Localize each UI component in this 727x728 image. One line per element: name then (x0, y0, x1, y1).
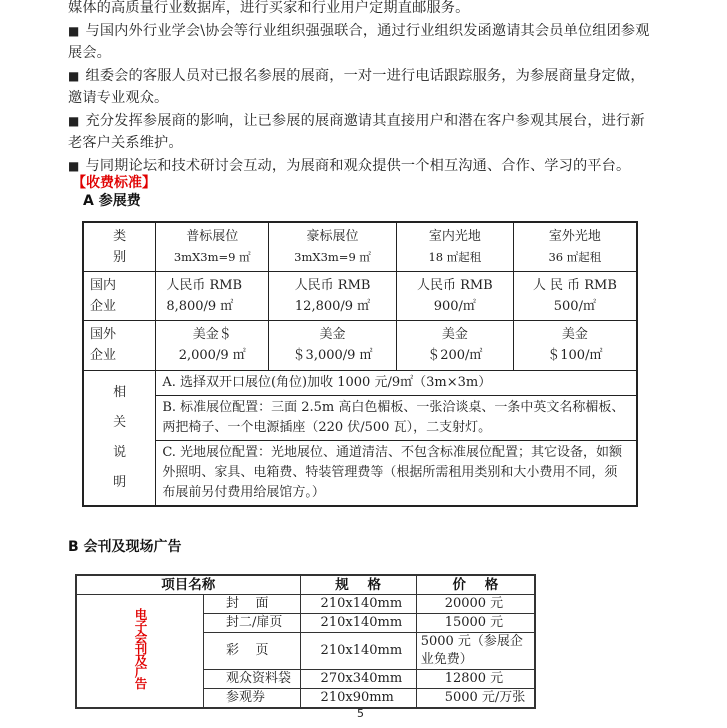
page-number: 5 (357, 707, 364, 720)
spec-cell: 210x140mm (300, 595, 416, 614)
intro-bullet: ■充分发挥参展商的影响，让已参展的展商邀请其直接用户和潜在客户参观其展台，进行新… (68, 110, 658, 155)
column-header: 普标展位3mX3m=9 ㎡ (156, 222, 269, 271)
header-spec: 规 格 (300, 575, 416, 595)
price-cell: 美金＄100/㎡ (513, 320, 637, 370)
intro-bullet: ■与国内外行业学会\协会等行业组织强强联合，通过行业组织发函邀请其会员单位组团参… (68, 20, 658, 65)
square-bullet-icon: ■ (68, 69, 80, 83)
column-header: 豪标展位3mX3m=9 ㎡ (269, 222, 397, 271)
intro-paragraphs: 媒体的高质量行业数据库，进行买家和行业用户定期直邮服务。 ■与国内外行业学会\协… (68, 0, 658, 177)
item-cell: 彩 页 (204, 633, 301, 670)
notes-label: 相关说明 (83, 370, 156, 506)
column-header: 室外光地36 ㎡起租 (513, 222, 637, 271)
item-cell: 参观券 (204, 689, 301, 709)
exhibition-fee-table: 类别 普标展位3mX3m=9 ㎡ 豪标展位3mX3m=9 ㎡ 室内光地18 ㎡起… (82, 221, 638, 507)
note-a: A. 选择双开口展位(角位)加收 1000 元/9㎡（3m×3m） (156, 370, 637, 395)
fee-standard-heading: 【收费标准】 (72, 172, 156, 192)
price-cell: 美金＄200/㎡ (396, 320, 513, 370)
price-cell: 人 民 币 RMB500/㎡ (513, 271, 637, 320)
table-row: C. 光地展位配置：光地展位、通道清洁、不包含标准展位配置；其它设备，如额外照明… (83, 440, 637, 506)
section-b-title: B 会刊及现场广告 (68, 536, 182, 556)
section-a-title: A 参展费 (83, 190, 141, 210)
intro-bullet: ■组委会的客服人员对已报名参展的展商，一对一进行电话跟踪服务，为参展商量身定做，… (68, 65, 658, 110)
spec-cell: 210x140mm (300, 633, 416, 670)
item-cell: 封 面 (204, 595, 301, 614)
table-row: 类别 普标展位3mX3m=9 ㎡ 豪标展位3mX3m=9 ㎡ 室内光地18 ㎡起… (83, 222, 637, 271)
table-row: B. 标准展位配置：三面 2.5m 高白色楣板、一张洽谈桌、一条中英文名称楣板、… (83, 395, 637, 440)
price-cell: 15000 元 (416, 614, 535, 633)
header-price: 价 格 (416, 575, 535, 595)
price-cell: 5000 元（参展企业免费） (416, 633, 535, 670)
table-row: 电子会刊及广告 封 面 210x140mm 20000 元 (76, 595, 535, 614)
square-bullet-icon: ■ (68, 114, 80, 128)
item-cell: 观众资料袋 (204, 670, 301, 689)
item-cell: 封二/扉页 (204, 614, 301, 633)
header-item-name: 项目名称 (76, 575, 300, 595)
group-label: 电子会刊及广告 (76, 595, 204, 709)
table-row: 国外企业 美金＄2,000/9 ㎡ 美金＄3,000/9 ㎡ 美金＄200/㎡ … (83, 320, 637, 370)
note-c: C. 光地展位配置：光地展位、通道清洁、不包含标准展位配置；其它设备，如额外照明… (156, 440, 637, 506)
price-cell: 人民币 RMB12,800/9 ㎡ (269, 271, 397, 320)
column-header: 室内光地18 ㎡起租 (396, 222, 513, 271)
advertising-table: 项目名称 规 格 价 格 电子会刊及广告 封 面 210x140mm 20000… (75, 574, 536, 709)
intro-line: 媒体的高质量行业数据库，进行买家和行业用户定期直邮服务。 (68, 0, 658, 20)
price-cell: 5000 元/万张 (416, 689, 535, 709)
row-label: 国内企业 (83, 271, 156, 320)
note-b: B. 标准展位配置：三面 2.5m 高白色楣板、一张洽谈桌、一条中英文名称楣板、… (156, 395, 637, 440)
row-label: 国外企业 (83, 320, 156, 370)
spec-cell: 210x90mm (300, 689, 416, 709)
table-row: 国内企业 人民币 RMB8,800/9 ㎡ 人民币 RMB12,800/9 ㎡ … (83, 271, 637, 320)
table-header-row: 项目名称 规 格 价 格 (76, 575, 535, 595)
square-bullet-icon: ■ (68, 159, 80, 173)
price-cell: 人民币 RMB8,800/9 ㎡ (156, 271, 269, 320)
spec-cell: 210x140mm (300, 614, 416, 633)
category-header: 类别 (83, 222, 156, 271)
price-cell: 12800 元 (416, 670, 535, 689)
table-row: 相关说明 A. 选择双开口展位(角位)加收 1000 元/9㎡（3m×3m） (83, 370, 637, 395)
price-cell: 美金＄3,000/9 ㎡ (269, 320, 397, 370)
price-cell: 美金＄2,000/9 ㎡ (156, 320, 269, 370)
spec-cell: 270x340mm (300, 670, 416, 689)
intro-bullet: ■与同期论坛和技术研讨会互动，为展商和观众提供一个相互沟通、合作、学习的平台。 (68, 155, 658, 178)
square-bullet-icon: ■ (68, 24, 80, 38)
price-cell: 人民币 RMB900/㎡ (396, 271, 513, 320)
price-cell: 20000 元 (416, 595, 535, 614)
